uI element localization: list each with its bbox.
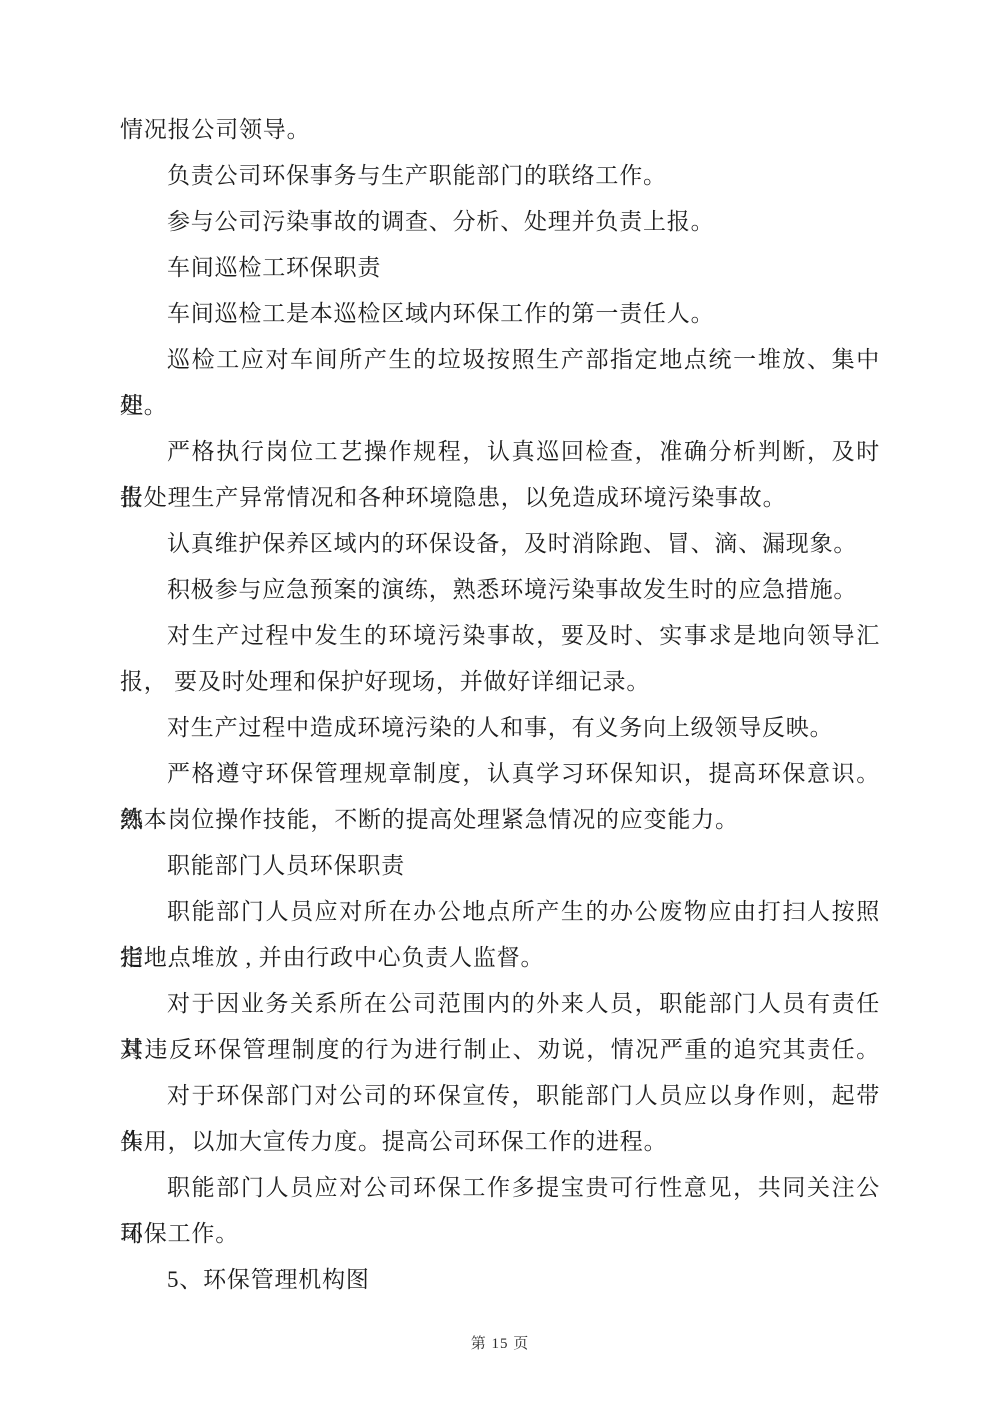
text-line: 职能部门人员应对公司环保工作多提宝贵可行性意见，共同关注公司 [120, 1165, 880, 1211]
text-line: 车间巡检工是本巡检区域内环保工作的第一责任人。 [120, 291, 880, 337]
text-line: 对生产过程中造成环境污染的人和事，有义务向上级领导反映。 [120, 705, 880, 751]
text-line: 告处理生产异常情况和各种环境隐患，以免造成环境污染事故。 [120, 475, 880, 521]
text-line: 练本岗位操作技能，不断的提高处理紧急情况的应变能力。 [120, 797, 880, 843]
text-line: 作用，以加大宣传力度。提高公司环保工作的进程。 [120, 1119, 880, 1165]
text-line: 5、环保管理机构图 [120, 1257, 880, 1303]
text-line: 对生产过程中发生的环境污染事故，要及时、实事求是地向领导汇 [120, 613, 880, 659]
text-line: 理。 [120, 383, 880, 429]
text-line: 严格遵守环保管理规章制度，认真学习环保知识，提高环保意识。熟 [120, 751, 880, 797]
text-line: 职能部门人员环保职责 [120, 843, 880, 889]
text-line: 认真维护保养区域内的环保设备，及时消除跑、冒、滴、漏现象。 [120, 521, 880, 567]
text-line: 车间巡检工环保职责 [120, 245, 880, 291]
text-line: 对于因业务关系所在公司范围内的外来人员，职能部门人员有责任对 [120, 981, 880, 1027]
text-line: 情况报公司领导。 [120, 107, 880, 153]
text-line: 巡检工应对车间所产生的垃圾按照生产部指定地点统一堆放、集中处 [120, 337, 880, 383]
text-line: 其违反环保管理制度的行为进行制止、劝说，情况严重的追究其责任。 [120, 1027, 880, 1073]
page-footer: 第 15 页 [0, 1332, 1000, 1353]
text-line: 对于环保部门对公司的环保宣传，职能部门人员应以身作则，起带头 [120, 1073, 880, 1119]
text-line: 负责公司环保事务与生产职能部门的联络工作。 [120, 153, 880, 199]
text-line: 严格执行岗位工艺操作规程，认真巡回检查，准确分析判断，及时报 [120, 429, 880, 475]
text-line: 定地点堆放 , 并由行政中心负责人监督。 [120, 935, 880, 981]
document-body: 情况报公司领导。负责公司环保事务与生产职能部门的联络工作。参与公司污染事故的调查… [120, 107, 880, 1303]
text-line: 职能部门人员应对所在办公地点所产生的办公废物应由打扫人按照指 [120, 889, 880, 935]
text-line: 参与公司污染事故的调查、分析、处理并负责上报。 [120, 199, 880, 245]
document-page: { "document": { "lines": [ { "text": "情况… [0, 0, 1000, 1415]
text-line: 环保工作。 [120, 1211, 880, 1257]
text-line: 报， 要及时处理和保护好现场，并做好详细记录。 [120, 659, 880, 705]
page-number-label: 第 15 页 [471, 1336, 530, 1352]
text-line: 积极参与应急预案的演练，熟悉环境污染事故发生时的应急措施。 [120, 567, 880, 613]
